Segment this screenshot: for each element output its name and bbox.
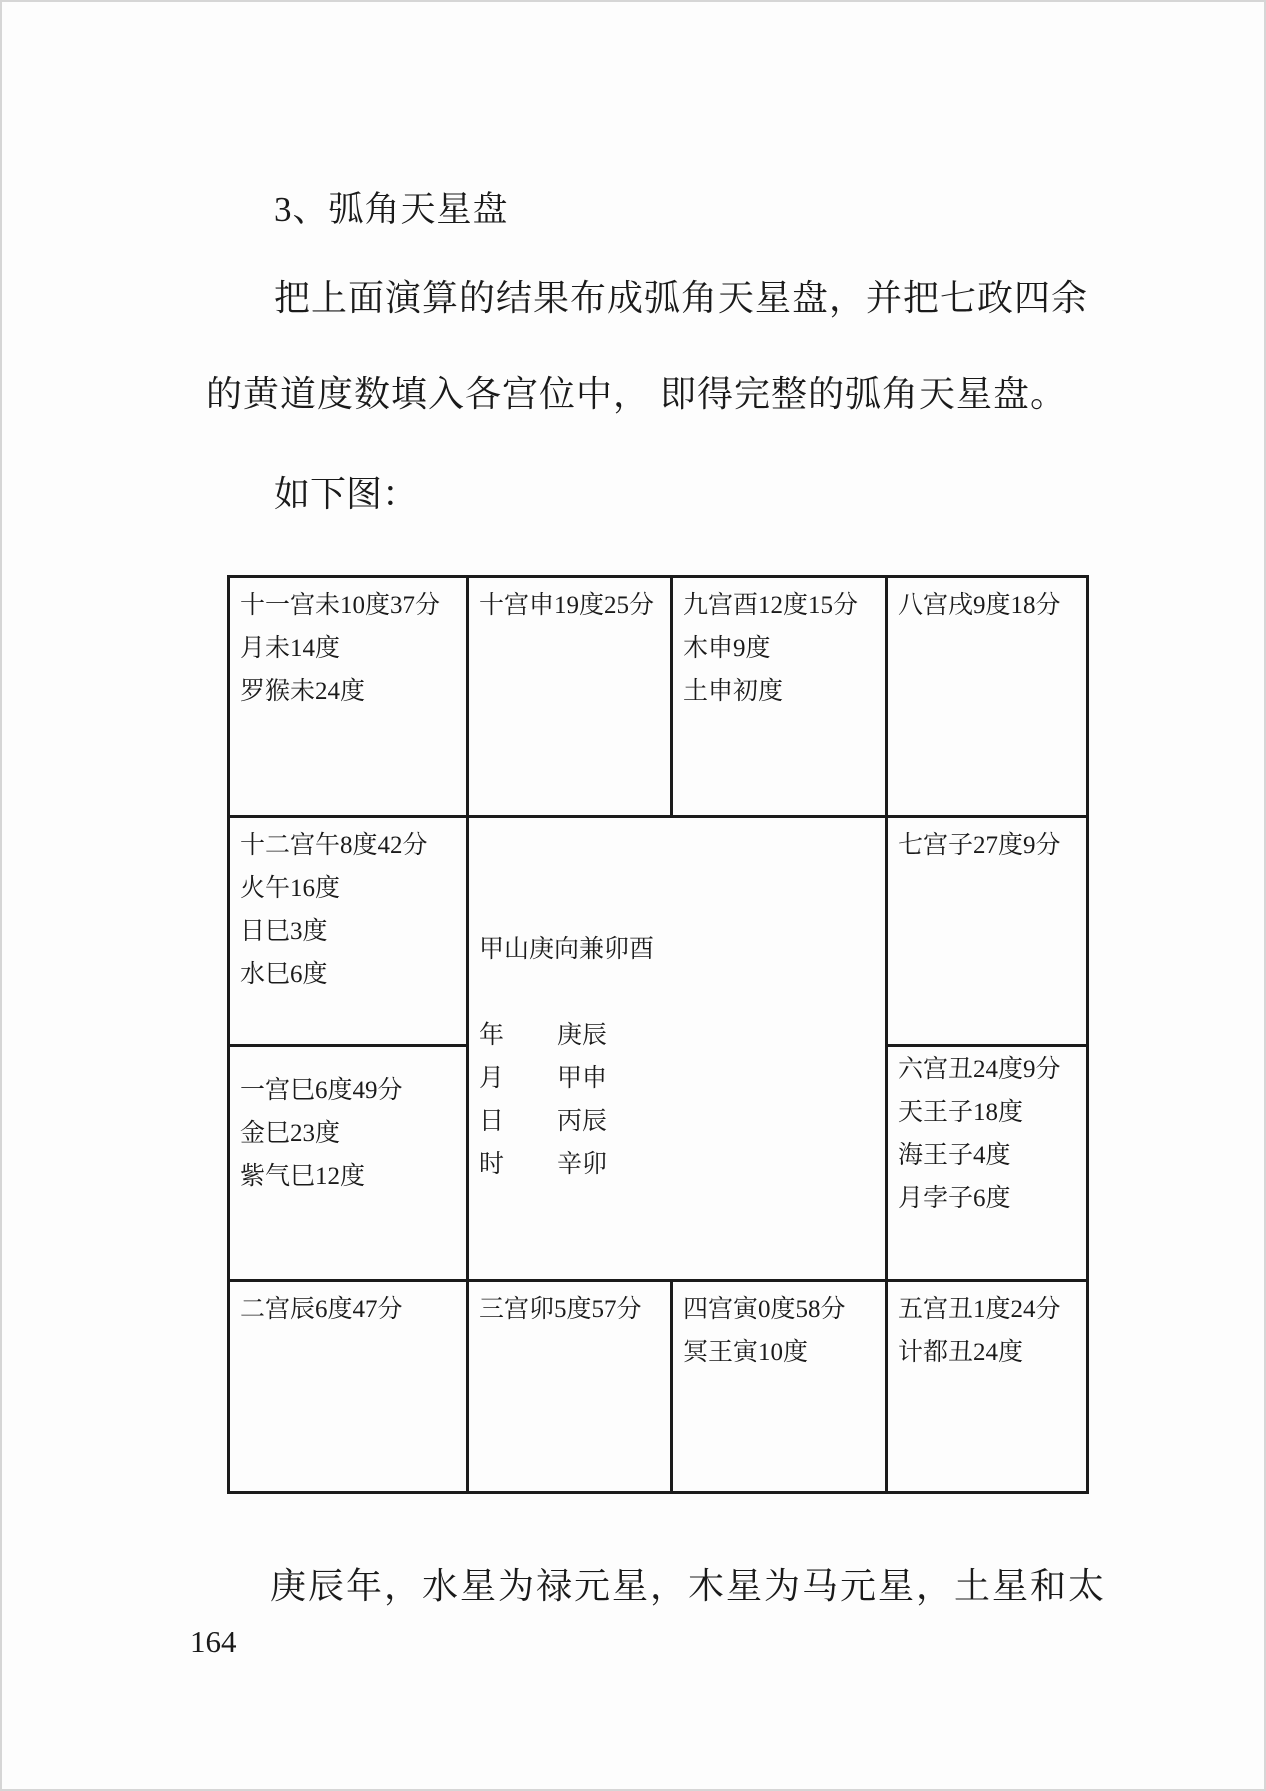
figure-lead-in: 如下图：: [274, 466, 418, 517]
house-9-cusp: 九宫酉12度15分: [683, 584, 879, 627]
house-1-planet-1: 金巳23度: [240, 1112, 460, 1155]
house-1-planet-2: 紫气巳12度: [240, 1155, 460, 1198]
pillar-month-label: 月: [479, 1057, 557, 1100]
pillar-month-value: 甲申: [557, 1057, 607, 1100]
house-12-cusp: 十二宫午8度42分: [240, 824, 460, 867]
house-4-planet-1: 冥王寅10度: [683, 1331, 879, 1374]
pillar-day-label: 日: [479, 1100, 557, 1143]
house-11-cell: 十一宫未10度37分 月未14度 罗猴未24度: [230, 578, 469, 818]
paragraph-line-1: 把上面演算的结果布成弧角天星盘，并把七政四余: [274, 270, 1088, 321]
house-12-cell: 十二宫午8度42分 火午16度 日巳3度 水巳6度: [230, 818, 469, 1047]
house-12-planet-2: 日巳3度: [240, 910, 460, 953]
astrology-chart-table: 十一宫未10度37分 月未14度 罗猴未24度 十宫申19度25分 九宫酉12度…: [227, 575, 1089, 1494]
pillar-hour-row: 时 辛卯: [479, 1143, 879, 1186]
house-9-cell: 九宫酉12度15分 木申9度 土申初度: [673, 578, 888, 818]
house-5-cell: 五宫丑1度24分 计都丑24度: [888, 1282, 1086, 1491]
house-5-planet-1: 计都丑24度: [898, 1331, 1080, 1374]
pillar-day-value: 丙辰: [557, 1100, 607, 1143]
house-8-cusp: 八宫戌9度18分: [898, 584, 1080, 627]
pillar-year-row: 年 庚辰: [479, 1014, 879, 1057]
mountain-direction-line: 甲山庚向兼卯酉: [479, 928, 879, 971]
house-7-cusp: 七宫子27度9分: [898, 824, 1080, 867]
house-1-cusp: 一宫巳6度49分: [240, 1069, 460, 1112]
house-6-planet-3: 月孛子6度: [898, 1177, 1080, 1220]
house-4-cell: 四宫寅0度58分 冥王寅10度: [673, 1282, 888, 1491]
house-12-planet-3: 水巳6度: [240, 953, 460, 996]
house-10-cell: 十宫申19度25分: [469, 578, 673, 818]
house-6-planet-2: 海王子4度: [898, 1134, 1080, 1177]
section-heading: 3、弧角天星盘: [274, 182, 509, 232]
paragraph-line-2: 的黄道度数填入各宫位中， 即得完整的弧角天星盘。: [206, 366, 1067, 417]
house-6-cusp: 六宫丑24度9分: [898, 1048, 1080, 1091]
house-10-cusp: 十宫申19度25分: [479, 584, 664, 627]
pillar-hour-value: 辛卯: [557, 1143, 607, 1186]
house-6-planet-1: 天王子18度: [898, 1091, 1080, 1134]
chart-center-cell: 甲山庚向兼卯酉 年 庚辰 月 甲申 日 丙辰 时 辛卯: [469, 818, 888, 1282]
pillar-month-row: 月 甲申: [479, 1057, 879, 1100]
house-2-cusp: 二宫辰6度47分: [240, 1288, 460, 1331]
house-11-cusp: 十一宫未10度37分: [240, 584, 460, 627]
house-3-cusp: 三宫卯5度57分: [479, 1288, 664, 1331]
pillar-year-value: 庚辰: [557, 1014, 607, 1057]
house-11-planet-1: 月未14度: [240, 627, 460, 670]
house-7-cell: 七宫子27度9分: [888, 818, 1086, 1047]
house-9-planet-1: 木申9度: [683, 627, 879, 670]
house-11-planet-2: 罗猴未24度: [240, 670, 460, 713]
house-2-cell: 二宫辰6度47分: [230, 1282, 469, 1491]
house-6-cell: 六宫丑24度9分 天王子18度 海王子4度 月孛子6度: [888, 1047, 1086, 1282]
pillar-year-label: 年: [479, 1014, 557, 1057]
house-3-cell: 三宫卯5度57分: [469, 1282, 673, 1491]
house-1-cell: 一宫巳6度49分 金巳23度 紫气巳12度: [230, 1047, 469, 1282]
pillar-day-row: 日 丙辰: [479, 1100, 879, 1143]
house-4-cusp: 四宫寅0度58分: [683, 1288, 879, 1331]
house-9-planet-2: 土申初度: [683, 670, 879, 713]
house-8-cell: 八宫戌9度18分: [888, 578, 1086, 818]
house-5-cusp: 五宫丑1度24分: [898, 1288, 1080, 1331]
house-12-planet-1: 火午16度: [240, 867, 460, 910]
scanned-book-page: 3、弧角天星盘 把上面演算的结果布成弧角天星盘，并把七政四余 的黄道度数填入各宫…: [0, 0, 1266, 1791]
page-number: 164: [190, 1624, 237, 1660]
footer-paragraph-line: 庚辰年，水星为禄元星，木星为马元星，土星和太: [270, 1558, 1106, 1609]
pillar-hour-label: 时: [479, 1143, 557, 1186]
